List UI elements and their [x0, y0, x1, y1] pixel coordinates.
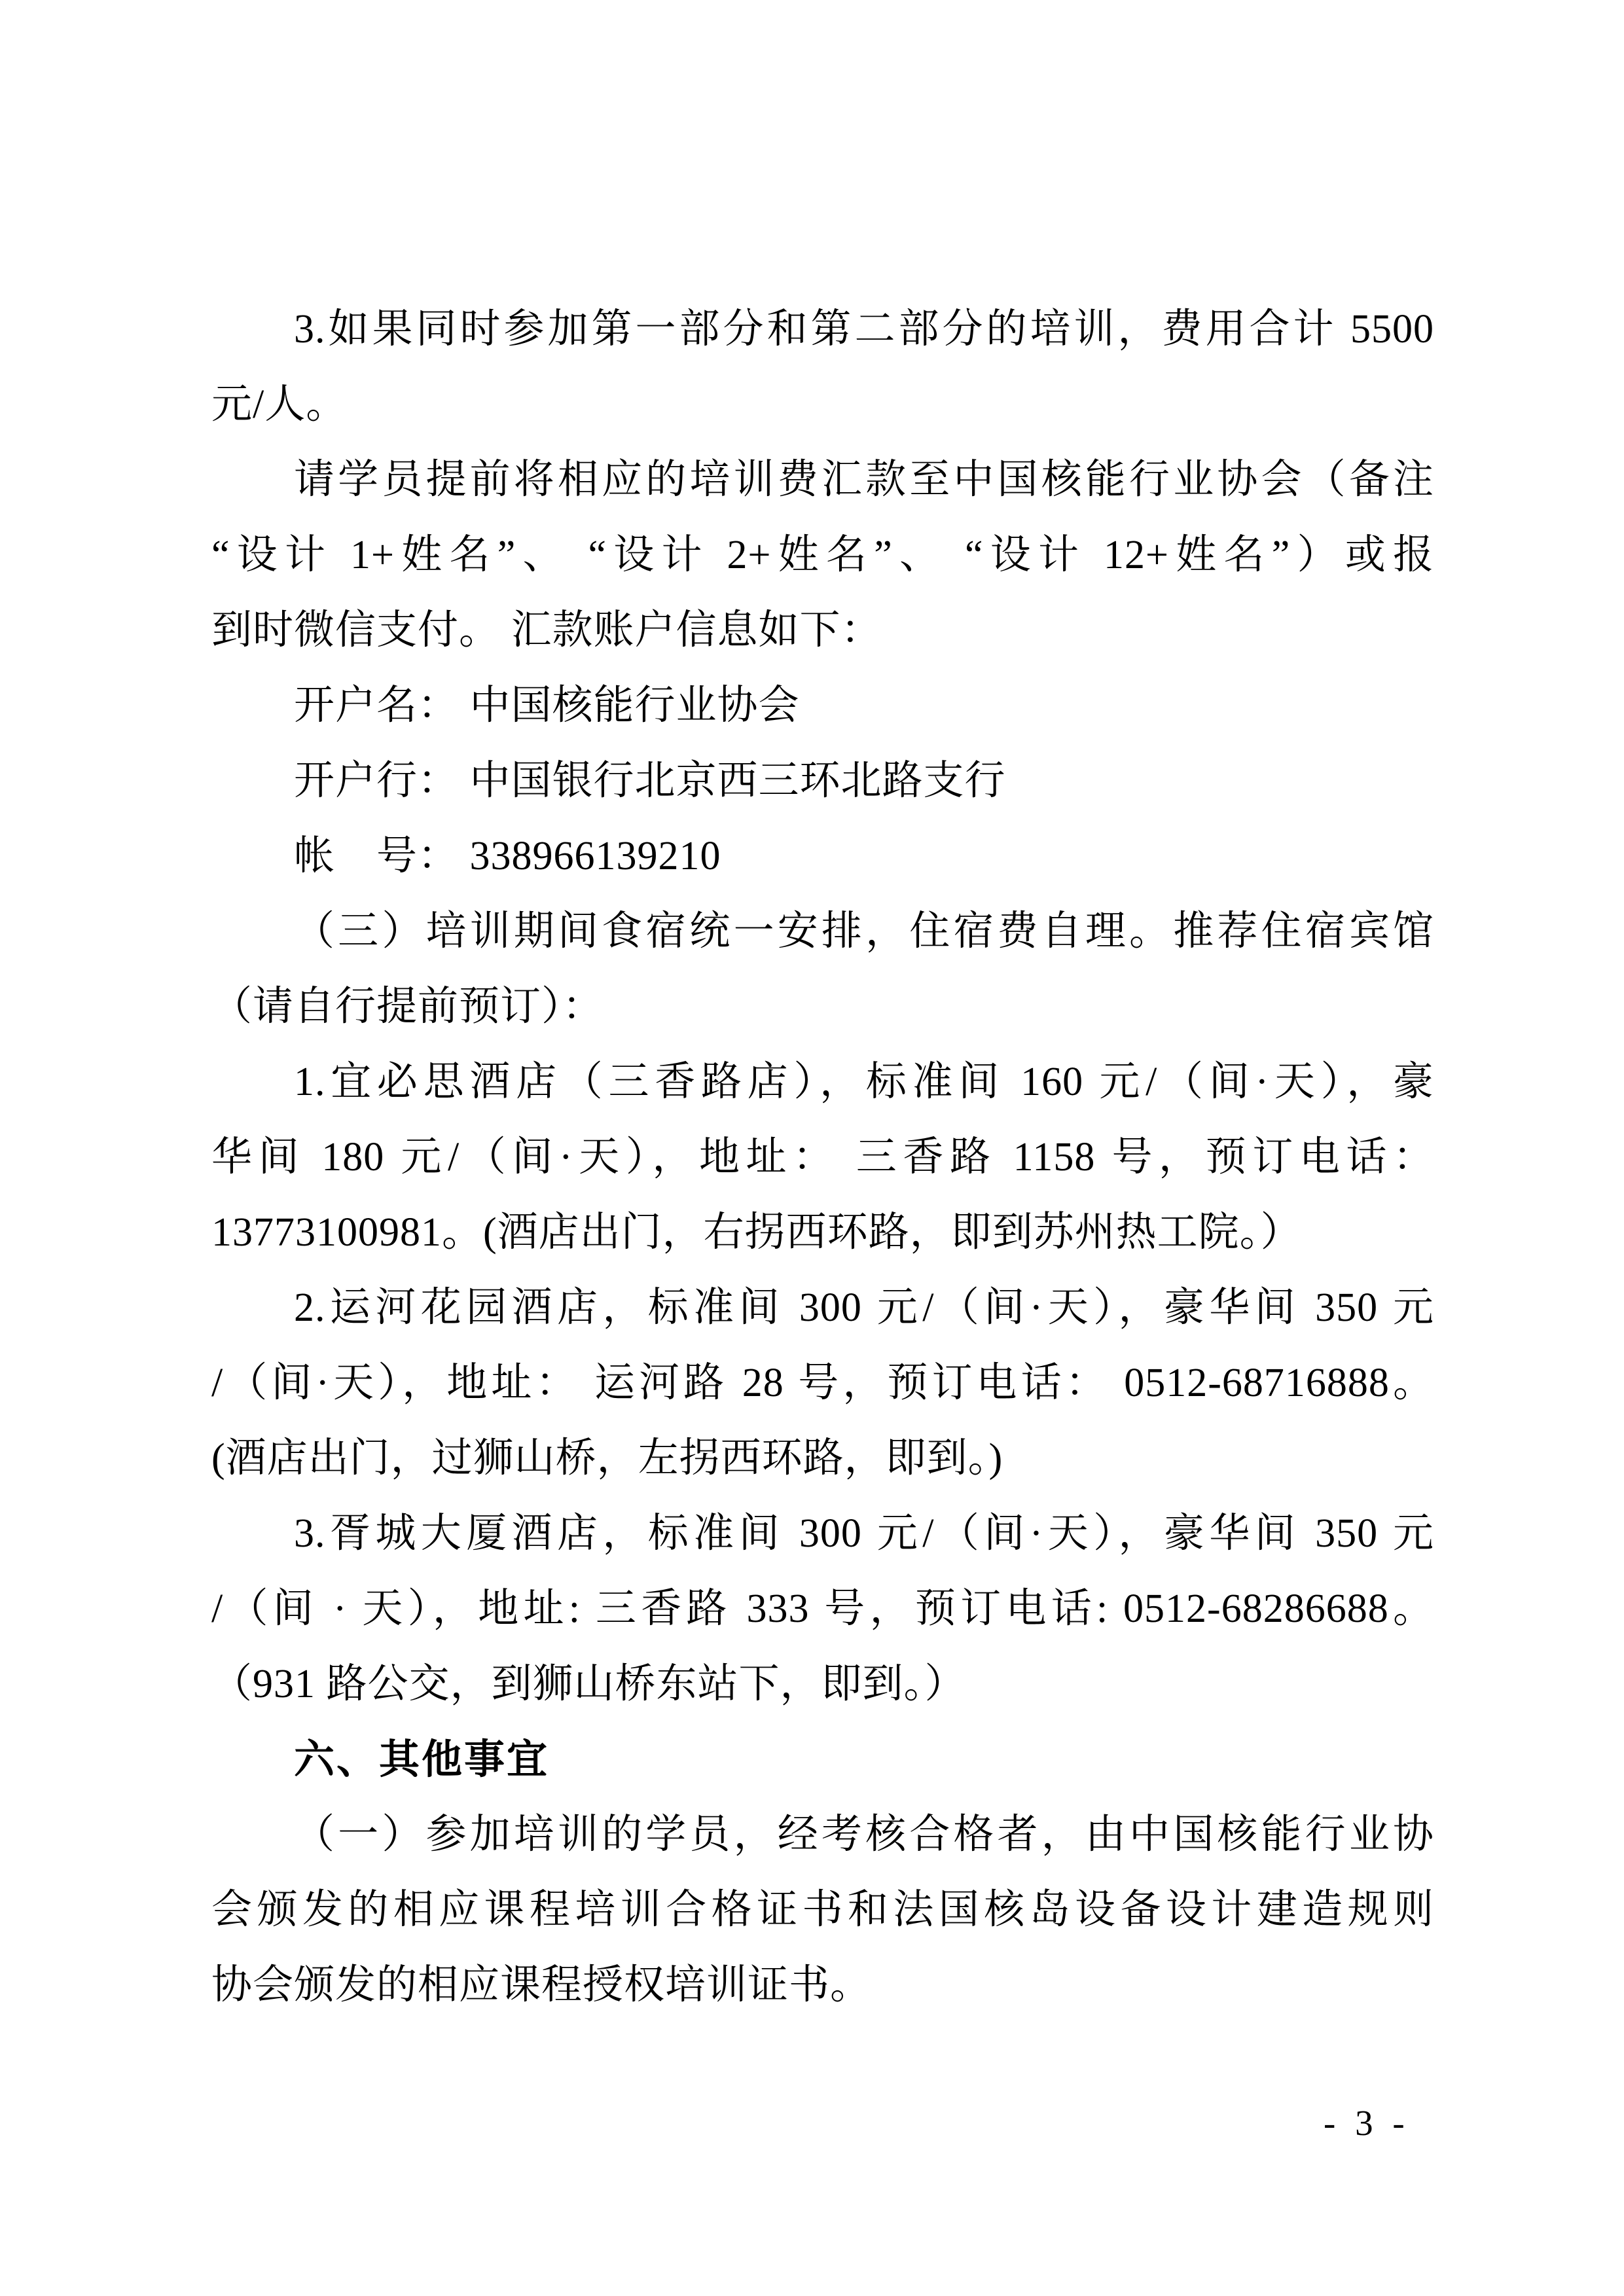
doc-line: （931 路公交，到狮山桥东站下，即到。）: [211, 1647, 1434, 1722]
doc-line: /（间·天），地址： 运河路 28 号，预订电话： 0512-68716888。: [211, 1346, 1434, 1421]
doc-line: “设计 1+姓名”、 “设计 2+姓名”、 “设计 12+姓名”）或报: [211, 518, 1434, 593]
doc-line: （一）参加培训的学员，经考核合格者，由中国核能行业协: [211, 1797, 1434, 1873]
doc-line-bank-branch: 开户行： 中国银行北京西三环北路支行: [211, 744, 1434, 819]
doc-line: (酒店出门，过狮山桥，左拐西环路，即到。): [211, 1421, 1434, 1496]
doc-line: 13773100981。(酒店出门，右拐西环路，即到苏州热工院。）: [211, 1195, 1434, 1270]
section-heading: 六、其他事宜: [211, 1722, 1434, 1797]
doc-line: 会颁发的相应课程培训合格证书和法国核岛设备设计建造规则: [211, 1873, 1434, 1948]
doc-line-account-name: 开户名： 中国核能行业协会: [211, 668, 1434, 744]
doc-line: 华间 180 元/（间·天），地址： 三香路 1158 号，预订电话：: [211, 1120, 1434, 1195]
doc-line-hotel-2: 2.运河花园酒店，标准间 300 元/（间·天），豪华间 350 元: [211, 1270, 1434, 1346]
document-page: 3.如果同时参加第一部分和第二部分的培训，费用合计 5500 元/人。 请学员提…: [0, 0, 1624, 2296]
page-number: - 3 -: [1324, 2102, 1410, 2144]
doc-line: （请自行提前预订）：: [211, 969, 1434, 1045]
doc-line: /（间 · 天），地址: 三香路 333 号，预订电话: 0512-682866…: [211, 1571, 1434, 1647]
doc-line: （三）培训期间食宿统一安排，住宿费自理。推荐住宿宾馆: [211, 894, 1434, 969]
doc-line-hotel-1: 1.宜必思酒店（三香路店），标准间 160 元/（间·天），豪: [211, 1045, 1434, 1120]
doc-line: 到时微信支付。 汇款账户信息如下：: [211, 593, 1434, 668]
doc-line: 请学员提前将相应的培训费汇款至中国核能行业协会（备注: [211, 442, 1434, 518]
doc-line: 元/人。: [211, 367, 1434, 442]
doc-line-account-number: 帐 号： 338966139210: [211, 819, 1434, 894]
doc-line: 协会颁发的相应课程授权培训证书。: [211, 1948, 1434, 2023]
document-body: 3.如果同时参加第一部分和第二部分的培训，费用合计 5500 元/人。 请学员提…: [211, 292, 1434, 2023]
doc-line: 3.如果同时参加第一部分和第二部分的培训，费用合计 5500: [211, 292, 1434, 367]
doc-line-hotel-3: 3.胥城大厦酒店，标准间 300 元/（间·天），豪华间 350 元: [211, 1496, 1434, 1571]
